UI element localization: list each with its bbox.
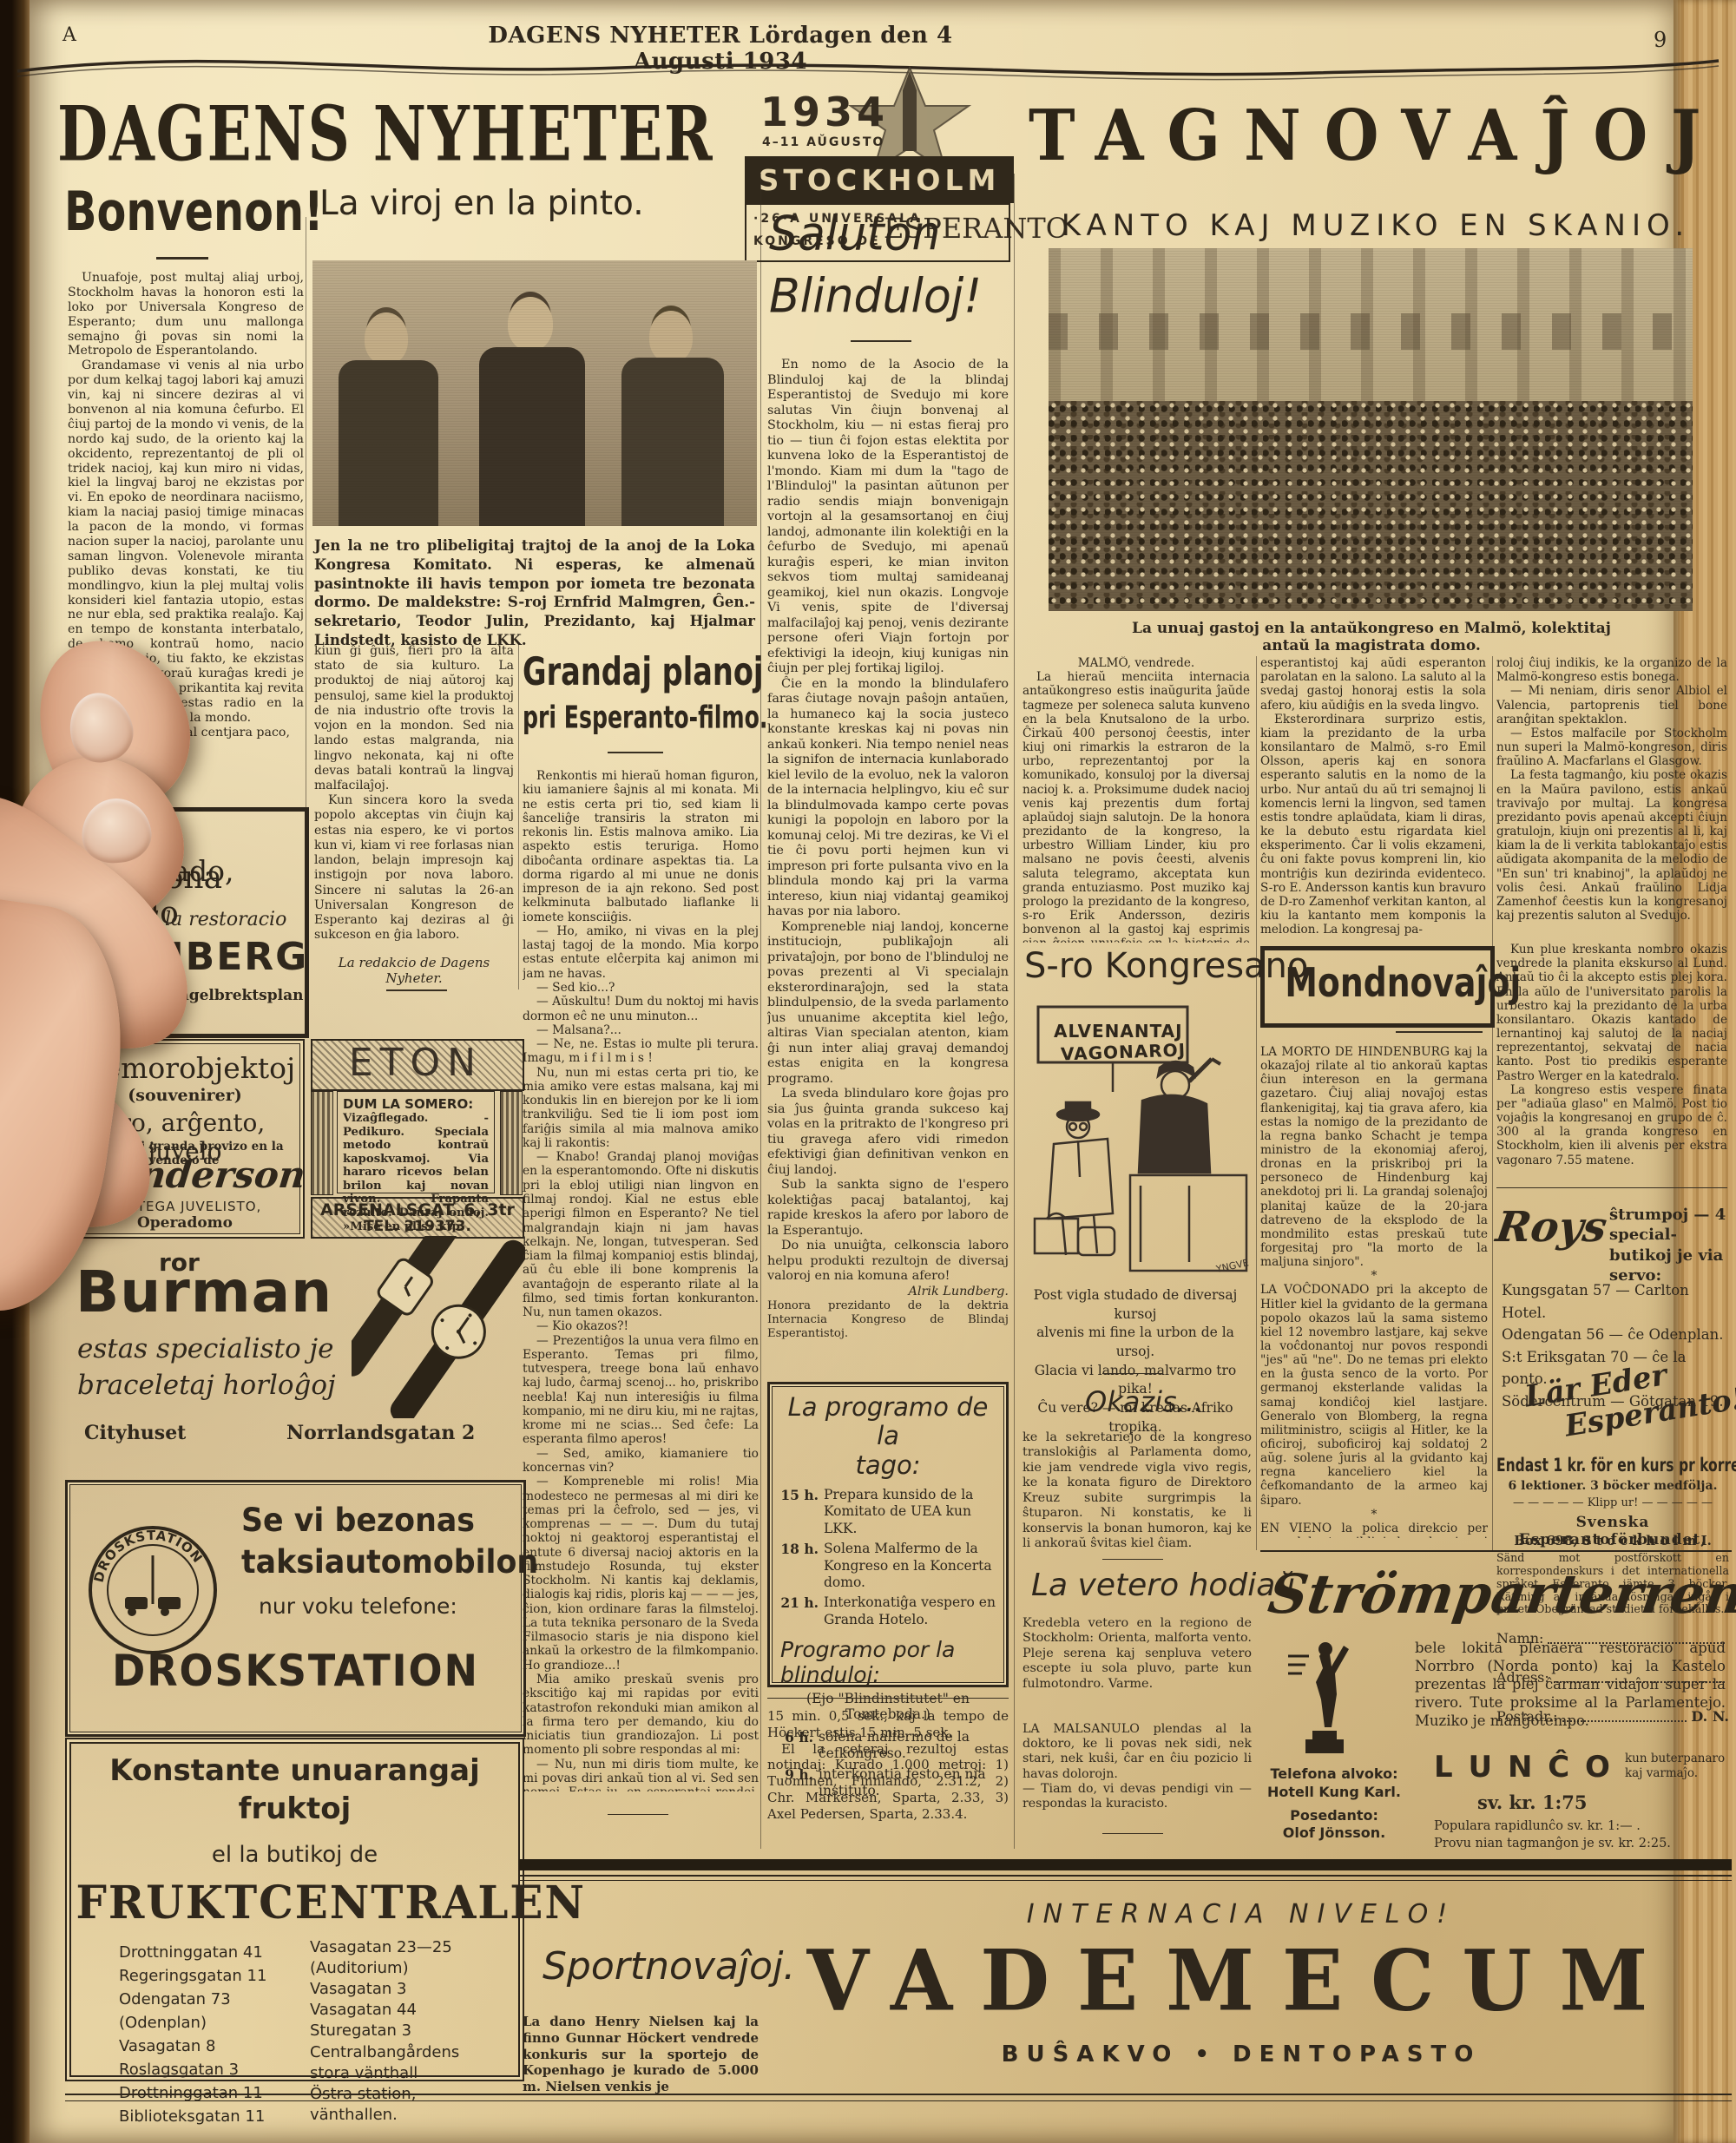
edition-letter: A	[62, 24, 76, 46]
ad-burman-tag1: estas specialisto je	[77, 1333, 333, 1364]
ad-drosk-line1: Se vi bezonas	[241, 1502, 475, 1539]
ad-frukt-line2: fruktoj	[67, 1791, 523, 1826]
ad-frukt-name: FRUKTCENTRALEN	[76, 1877, 514, 1929]
ad-frukt-right: Vasagatan 23—25(Auditorium) Vasagatan 3V…	[310, 1937, 501, 2126]
article-title-viroj: La viroj en la pinto.	[319, 184, 644, 223]
statue-icon	[1279, 1630, 1366, 1760]
ad-burman-addr2: Norrlandsgatan 2	[286, 1422, 475, 1444]
ad-roys-tag: ŝtrumpoj — 4 special-butikoj je via serv…	[1609, 1205, 1731, 1286]
divider	[608, 752, 663, 753]
program-item: 15 h.Prepara kunsido de la Komitato de U…	[780, 1487, 996, 1537]
article-title-filmo-2: pri Esperanto-filmo.	[523, 700, 767, 736]
pillar-icon	[500, 1091, 523, 1195]
article-title-filmo-1: Grandaj planoj	[523, 649, 763, 694]
newspaper-page: A DAGENS NYHETER Lördagen den 4 Augusti …	[0, 0, 1736, 2143]
logo-year: 1934	[760, 89, 889, 135]
ad-fruktcentralen: Konstante unuarangaj fruktoj el la butik…	[65, 1738, 524, 2081]
ad-strom-lunch: L U N Ĉ O	[1434, 1750, 1613, 1785]
ad-roys: Roys ŝtrumpoj — 4 special-butikoj je via…	[1496, 1200, 1729, 1290]
column-rule	[760, 174, 761, 1849]
bottom-rule	[65, 2094, 1732, 2095]
divider	[1396, 1031, 1483, 1033]
ad-burman: ror Burman estas specialisto je bracelet…	[65, 1243, 521, 1470]
divider	[1496, 1187, 1727, 1188]
ad-kurso-clip: — — — — — Klipp ur! — — — — —	[1496, 1496, 1729, 1509]
article-body-malsanulo: LA MALSANULO plendas al la doktoro, ke l…	[1023, 1722, 1252, 1824]
article-title-kanto: KANTO KAJ MUZIKO EN SKANIO.	[1024, 208, 1727, 243]
ad-vademecum-sub: BUŜAKVO • DENTOPASTO	[781, 2041, 1701, 2067]
mondnovajoj-box: Mondnovaĵoj	[1260, 946, 1495, 1028]
masthead-title: DAGENS NYHETER	[57, 90, 713, 179]
divider	[1102, 1559, 1163, 1560]
masthead-right-title: TAGNOVAĴOJ	[1029, 94, 1724, 176]
ad-vademecum-head: INTERNACIA NIVELO!	[781, 1899, 1701, 1929]
wristwatches-icon	[352, 1236, 525, 1418]
thin-rule	[519, 1880, 1732, 1881]
ad-burman-addr1: Cityhuset	[84, 1422, 186, 1444]
article-body-mondo: LA MORTO DE HINDENBURG kaj la okazaĵoj r…	[1260, 1045, 1488, 1538]
ad-burman-tag2: braceletaj horloĝoj	[77, 1370, 336, 1401]
divider	[767, 1698, 1009, 1699]
article-title-saluton-1: Saluton	[769, 207, 940, 261]
kanto-col3: roloj ĉiuj indikis, ke la organizo de la…	[1496, 656, 1727, 943]
divider	[156, 257, 208, 260]
program-title-2: tago:	[780, 1451, 996, 1480]
thin-rule	[519, 1875, 1732, 1877]
heavy-rule	[519, 1859, 1732, 1870]
ad-frukt-line1: Konstante unuarangaj	[67, 1753, 523, 1788]
cartoon-sign-line1: ALVENANTAJ	[1054, 1021, 1183, 1042]
bottom-rule	[65, 2100, 1732, 2101]
ad-strom-note: kun buterpanaro kaj varmaĵo.	[1625, 1752, 1726, 1781]
ad-kurso-head: Endast 1 kr. för en kurs pr korresponden…	[1496, 1455, 1736, 1476]
divider	[1102, 1373, 1163, 1374]
column-rule	[306, 217, 306, 807]
photo-malmo-crowd	[1049, 248, 1693, 611]
logo-city: STOCKHOLM	[746, 163, 1012, 197]
article-title-mondo: Mondnovaĵoj	[1285, 959, 1470, 1006]
column-rule	[518, 642, 519, 989]
ad-kurso-sub: 6 lektioner. 3 böcker medfölja.	[1496, 1479, 1729, 1493]
ad-vademecum-name: VADEMECUM	[781, 1931, 1701, 2029]
divider	[608, 1814, 668, 1815]
ad-strom-body: bele lokita plenaera restoracio apud Nor…	[1415, 1639, 1726, 1731]
article-body-okazis: ke la sekretariejo de la kongreso transl…	[1023, 1430, 1252, 1552]
ad-drosk-line3: nur voku telefone:	[259, 1594, 457, 1619]
cartoon-sign-line2: VAGONAROJ	[1061, 1039, 1187, 1064]
article-title-sport: Sportnovaĵoj.	[542, 1944, 795, 1989]
ad-eton-addr: ARSENALSGAT. 6, 3tr	[312, 1200, 523, 1219]
ad-strom-extra2: Provu nian tagmanĝon je sv. kr. 2:25.	[1434, 1837, 1729, 1850]
article-body-saluton: En nomo de la Asocio de la Blinduloj kaj…	[767, 358, 1009, 1371]
ad-eton-tel: TEL. 219373.	[312, 1218, 523, 1235]
divider	[1102, 1833, 1163, 1834]
photo-caption-malmo: La unuaj gastoj en la antaŭkongreso en M…	[1120, 620, 1623, 654]
ad-roys-name: Roys	[1493, 1203, 1610, 1252]
program-title-1: La programo de la	[780, 1393, 996, 1451]
ad-eton: ETON DUM LA SOMERO: Vizaĝflegado. - Pedi…	[311, 1039, 521, 1235]
column-rule	[1014, 174, 1015, 1849]
ad-eton-head: DUM LA SOMERO:	[343, 1096, 473, 1112]
program-box: La programo de la tago: 15 h.Prepara kun…	[767, 1382, 1009, 1687]
program-item: 18 h.Solena Malfermo de la Kongreso en l…	[780, 1541, 996, 1591]
ad-stromparterren: Strömparterren Telefona alvoko: Hotell K…	[1260, 1550, 1732, 1857]
ad-burman-name: Burman	[76, 1259, 332, 1325]
article-title-saluton-2: Blinduloj!	[769, 269, 982, 324]
ad-frukt-line3: el la butikoj de	[67, 1842, 523, 1868]
ad-eton-name: ETON	[311, 1041, 521, 1085]
article-body-vetero: Kredebla vetero en la regiono de Stockho…	[1023, 1616, 1252, 1712]
ad-kurso-box: Box 698, S t o c k h o l m I.	[1496, 1533, 1729, 1548]
article-body-viroj-cont: kiun ĝi ĝuis, fieri pro la alta stato de…	[314, 644, 514, 950]
ad-drosk-name: DROSKSTATION	[86, 1646, 505, 1696]
article-body-sport-cont: 15 min. 0,5 sek., kaj la tempo de Höcker…	[767, 1708, 1009, 1847]
kanto-col2: esperantistoj kaj aŭdi esperanton parola…	[1260, 656, 1486, 943]
svg-text:DROSKSTATION: DROSKSTATION	[91, 1528, 207, 1584]
droskstation-logo-icon: DROSKSTATION	[83, 1521, 222, 1660]
divider	[386, 989, 447, 991]
ad-strom-extra1: Populara rapidlunĉo sv. kr. 1:— .	[1434, 1819, 1729, 1833]
program-item: 21 h.Interkonatiĝa vespero en Granda Hot…	[780, 1594, 996, 1628]
article-body-sport: La dano Henry Nielsen kaj la finno Gunna…	[523, 2014, 759, 2122]
ad-droskstation: DROSKSTATION Se vi bezonas taksiautomobi…	[65, 1480, 526, 1737]
cartoon-signature: YNGVE	[1214, 1257, 1250, 1275]
divider	[851, 340, 911, 342]
program-title-blind: Programo por la blinduloj:	[780, 1637, 996, 1687]
article-body-filmo: Renkontis mi hieraŭ homan figuron, kiu i…	[523, 769, 759, 1791]
ad-strom-price: sv. kr. 1:75	[1477, 1791, 1587, 1813]
article-title-bonvenon: Bonvenon!	[64, 181, 324, 244]
photo-committee	[312, 260, 757, 526]
column-rule	[1256, 656, 1257, 1550]
pillar-icon	[311, 1091, 333, 1195]
signoff-redakcio: La redakcio de Dagens Nyheter.	[314, 955, 514, 986]
logo-dates: 4–11 AŬGUSTO	[762, 135, 884, 149]
ad-drosk-line2: taksiautomobilon	[241, 1543, 538, 1581]
column-rule	[1492, 656, 1493, 1550]
ad-strom-tel: Telefona alvoko: Hotell Kung Karl. Posed…	[1260, 1765, 1408, 1843]
kanto-col4: Kun plue kreskanta nombro okazis vendred…	[1496, 943, 1727, 1179]
photo-caption-committee: Jen la ne tro plibeligitaj trajtoj de la…	[314, 536, 755, 650]
ad-strom-name: Strömparterren	[1265, 1562, 1736, 1626]
ad-kurso: Lär Eder Esperanto! Endast 1 kr. för en …	[1496, 1380, 1729, 1573]
article-title-okazis: Okazis...	[1085, 1385, 1203, 1418]
kanto-col1: MALMÖ, vendrede. La hieraŭ menciita inte…	[1023, 656, 1250, 943]
droskstation-logo-text: DROSKSTATION	[91, 1528, 207, 1584]
